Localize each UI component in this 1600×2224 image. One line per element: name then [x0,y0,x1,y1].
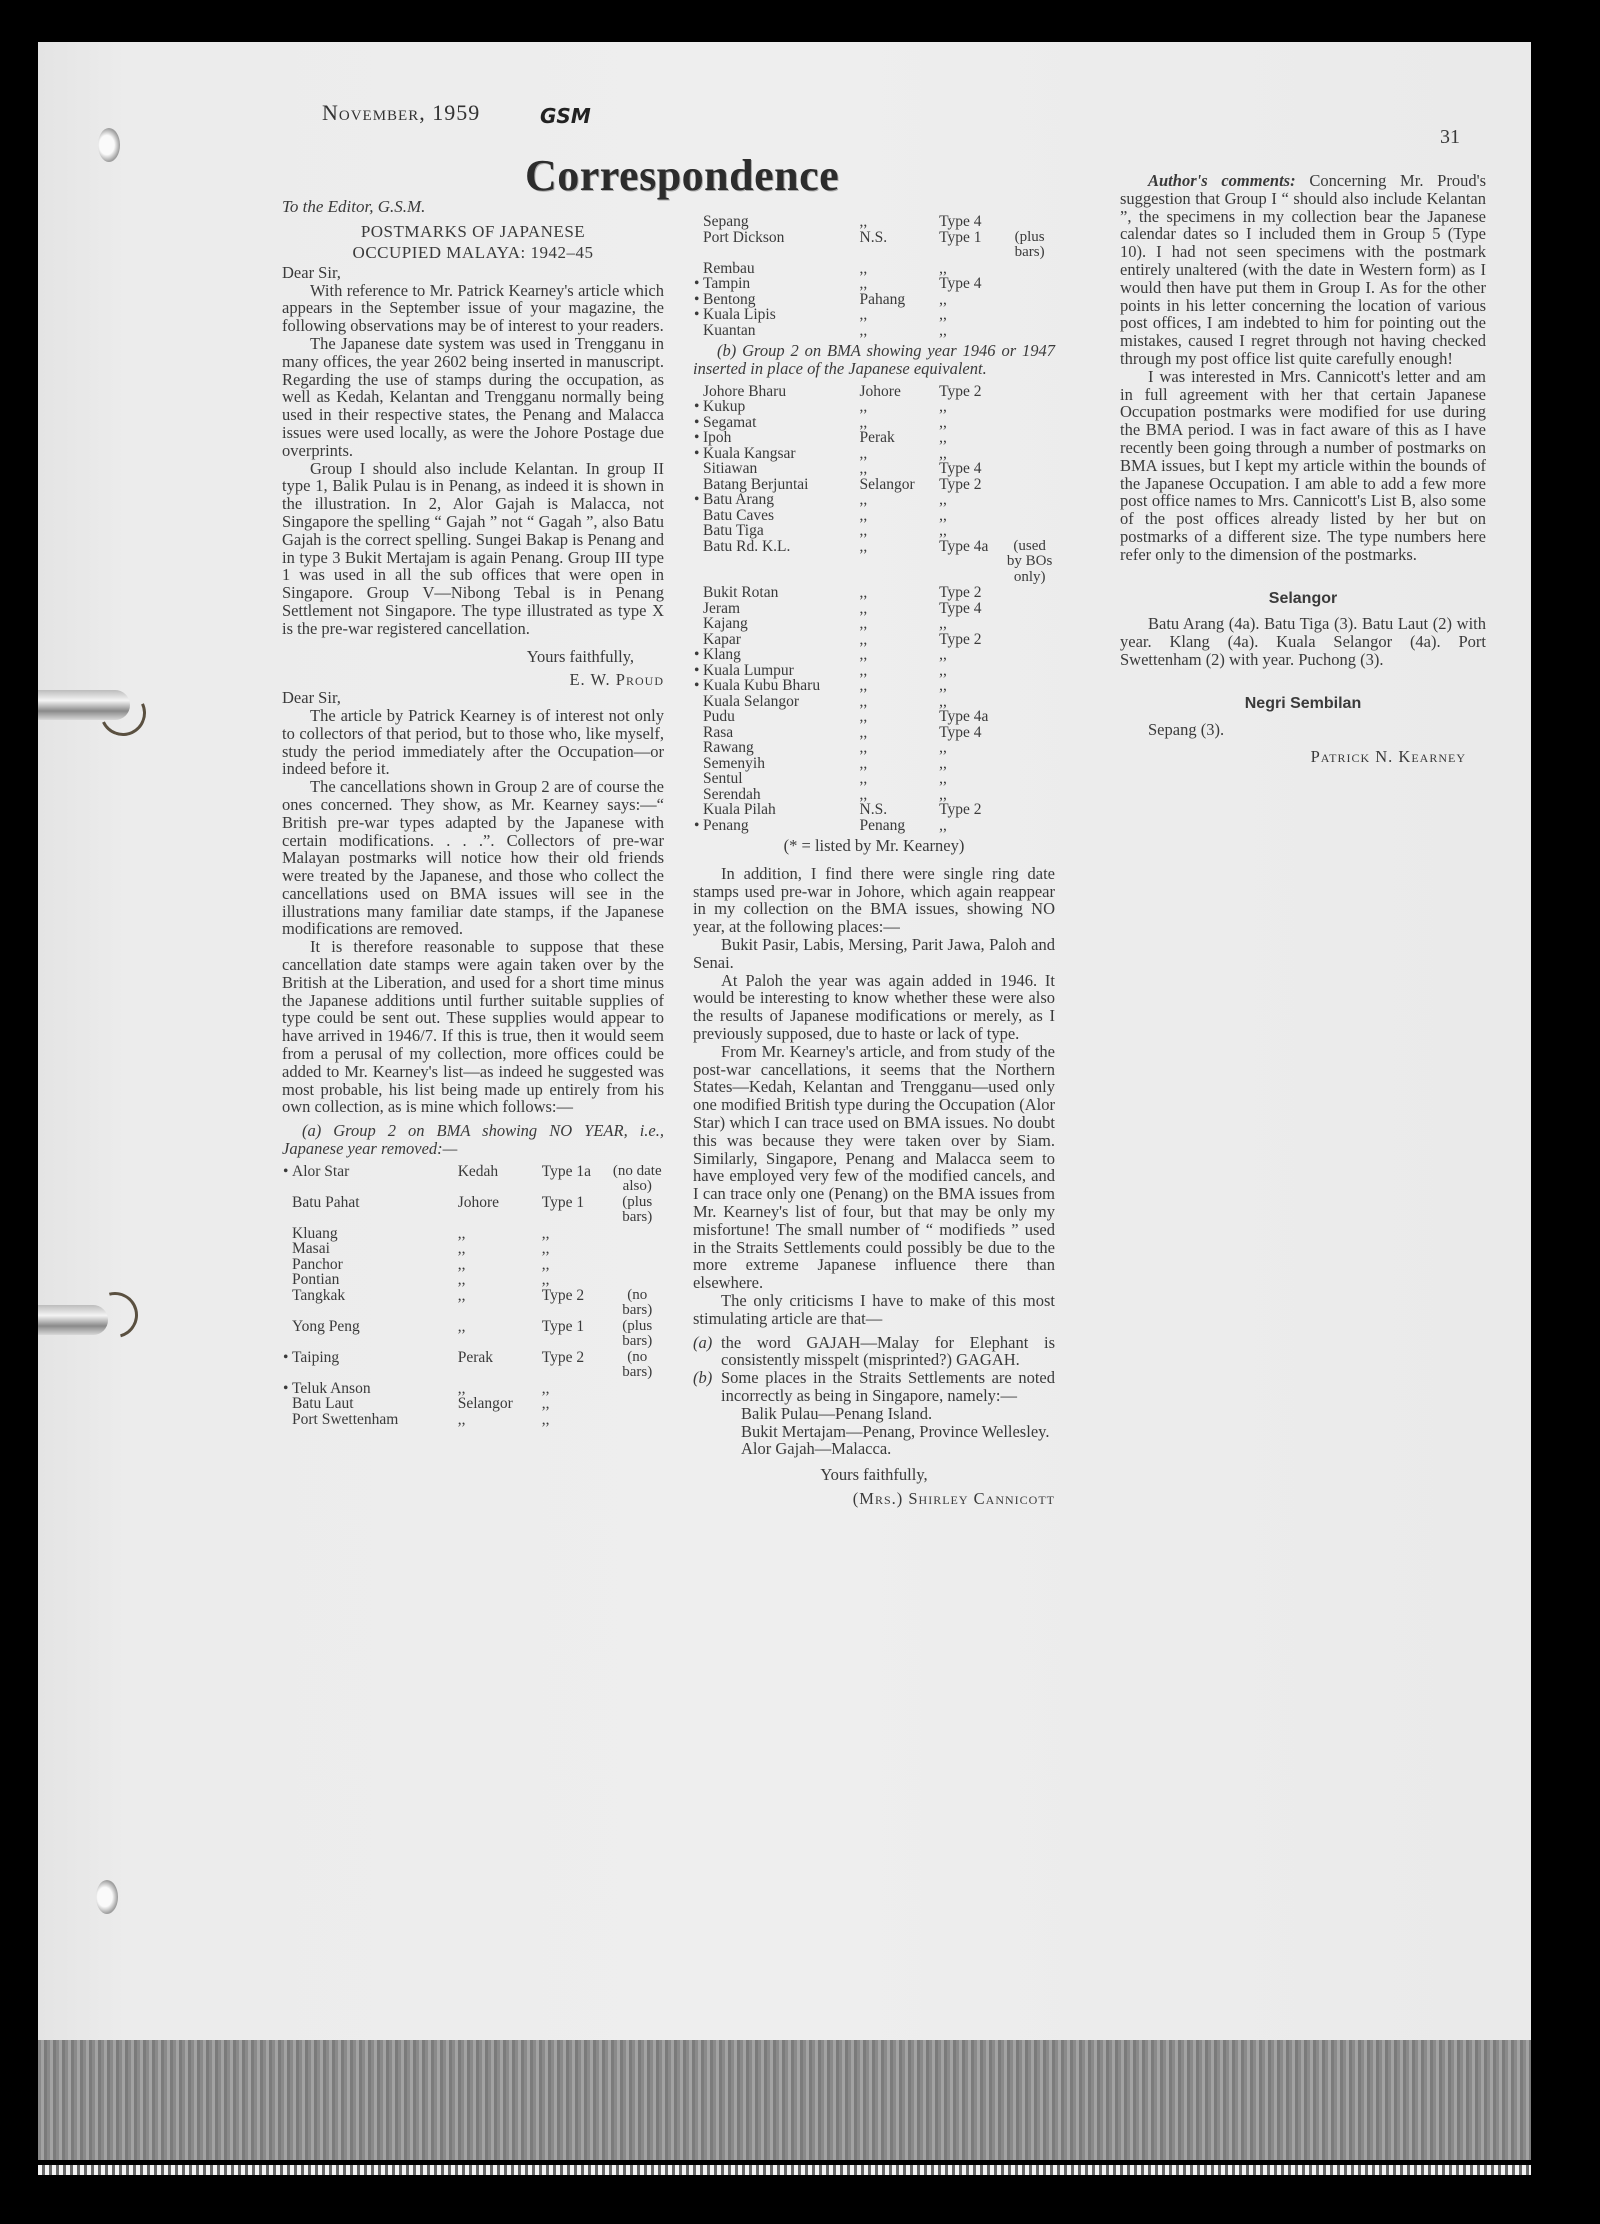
table-row: Port DicksonN.S.Type 1(plus bars) [693,230,1055,261]
asterisk-marker: • [694,399,703,415]
cell-note [1004,632,1055,648]
cell-note [1004,307,1055,323]
cell-note [1004,771,1055,787]
cell-note [611,1226,665,1242]
cell-note [1004,323,1055,339]
table-row: Jeram,,Type 4 [693,601,1055,617]
cell-type: ,, [939,492,1004,508]
table-row: •Klang,,,, [693,647,1055,663]
paragraph: Author's comments: Concerning Mr. Proud'… [1120,172,1486,368]
cell-note [1004,709,1055,725]
cell-note [1004,399,1055,415]
table-row: Batu LautSelangor,, [282,1396,664,1412]
addressee: To the Editor, G.S.M. [282,198,664,216]
cell-note [611,1396,665,1412]
cell-note [1004,415,1055,431]
paragraph: At Paloh the year was again added in 194… [693,972,1055,1043]
cell-type: ,, [939,678,1004,694]
cell-note [1004,725,1055,741]
cell-place: Rawang [693,740,860,756]
cell-note [1004,787,1055,803]
cell-state: Selangor [860,477,940,493]
section-text: Batu Arang (4a). Batu Tiga (3). Batu Lau… [1120,615,1486,668]
cell-state: ,, [860,508,940,524]
issue-date: November, 1959 [322,100,480,126]
paragraph: The Japanese date system was used in Tre… [282,335,664,460]
cell-type: Type 4a [939,539,1004,586]
cell-note: (plus bars) [611,1319,665,1350]
table-row: Kuantan,,,, [693,323,1055,339]
cell-type: Type 2 [939,477,1004,493]
letter2-signature: (Mrs.) Shirley Cannicott [693,1490,1055,1508]
table-row: •Alor StarKedahType 1a(no date also) [282,1164,664,1195]
cell-state: ,, [860,523,940,539]
correction-item: Alor Gajah—Malacca. [741,1440,1055,1458]
column-1: To the Editor, G.S.M. POSTMARKS OF JAPAN… [282,198,664,1427]
cell-place: •Batu Arang [693,492,860,508]
paragraph: The only criticisms I have to make of th… [693,1292,1055,1328]
table-row: Batu Tiga,,,, [693,523,1055,539]
column-2: Sepang,,Type 4Port DicksonN.S.Type 1(plu… [693,214,1055,1508]
punch-hole-bottom [96,1880,118,1914]
cell-state: Johore [458,1195,542,1226]
list-footnote: (* = listed by Mr. Kearney) [693,837,1055,855]
table-row: Batang BerjuntaiSelangorType 2 [693,477,1055,493]
cell-state: ,, [860,632,940,648]
page-stack [38,2040,1531,2160]
letter1-closing: Yours faithfully, [282,648,634,666]
table-row: Rembau,,,, [693,261,1055,277]
cell-place: Sepang [693,214,860,230]
cell-note [1004,508,1055,524]
cell-type: ,, [939,818,1004,834]
table-row: Tangkak,,Type 2(no bars) [282,1288,664,1319]
cell-state: ,, [458,1272,542,1288]
table-row: •Kuala Kangsar,,,, [693,446,1055,462]
cell-state: ,, [458,1257,542,1273]
letter1-subject-line1: POSTMARKS OF JAPANESE [282,222,664,241]
asterisk-marker: • [283,1350,292,1366]
cell-place: Tangkak [282,1288,458,1319]
page-number: 31 [1440,126,1460,149]
item-text: the word GAJAH—Malay for Elephant is con… [721,1334,1055,1370]
letter1-signature: E. W. Proud [282,671,664,689]
paragraph: Bukit Pasir, Labis, Mersing, Parit Jawa,… [693,936,1055,972]
table-row: Yong Peng,,Type 1(plus bars) [282,1319,664,1350]
cell-note [611,1412,665,1428]
cell-state: ,, [860,601,940,617]
cell-state: ,, [860,647,940,663]
cell-place: Batang Berjuntai [693,477,860,493]
cell-state: ,, [860,678,940,694]
asterisk-marker: • [694,430,703,446]
cell-type: ,, [939,446,1004,462]
section-text: Sepang (3). [1120,721,1486,739]
cell-type: ,, [542,1396,611,1412]
section-heading: Negri Sembilan [1120,695,1486,713]
cell-note [1004,694,1055,710]
table-row: •Kuala Lipis,,,, [693,307,1055,323]
cell-place: Jeram [693,601,860,617]
cell-place: Pontian [282,1272,458,1288]
asterisk-marker: • [694,292,703,308]
cell-state: ,, [860,461,940,477]
table-row: Pontian,,,, [282,1272,664,1288]
cell-type: ,, [542,1381,611,1397]
table-row: Sepang,,Type 4 [693,214,1055,230]
table-row: Rawang,,,, [693,740,1055,756]
letter2-body-continued: In addition, I find there were single ri… [693,865,1055,1328]
letter2-body: The article by Patrick Kearney is of int… [282,707,664,1116]
handwritten-note: GSM [540,104,591,128]
cell-type: ,, [542,1257,611,1273]
cell-state: ,, [458,1226,542,1242]
paragraph: In addition, I find there were single ri… [693,865,1055,936]
table-row: Bukit Rotan,,Type 2 [693,585,1055,601]
cell-state: ,, [860,261,940,277]
asterisk-marker: • [694,446,703,462]
cell-note: (plus bars) [1004,230,1055,261]
table-row: Kuala PilahN.S.Type 2 [693,802,1055,818]
criticisms-list: (a)the word GAJAH—Malay for Elephant is … [693,1334,1055,1405]
cell-type: Type 2 [939,632,1004,648]
asterisk-marker: • [283,1164,292,1180]
asterisk-marker: • [694,678,703,694]
list-a-table-continued: Sepang,,Type 4Port DicksonN.S.Type 1(plu… [693,214,1055,338]
table-row: •IpohPerak,, [693,430,1055,446]
letter2-closing: Yours faithfully, [693,1466,1055,1484]
cell-state: ,, [860,492,940,508]
paragraph: It is therefore reasonable to suppose th… [282,938,664,1116]
cell-note [1004,601,1055,617]
cell-place: •Kukup [693,399,860,415]
cell-type: Type 4 [939,601,1004,617]
cell-note [1004,292,1055,308]
cell-note [1004,616,1055,632]
table-row: Rasa,,Type 4 [693,725,1055,741]
cell-state: ,, [860,709,940,725]
cell-state: Perak [458,1350,542,1381]
cell-type: Type 1a [542,1164,611,1195]
cell-place: Rasa [693,725,860,741]
cell-note [1004,461,1055,477]
cell-note [1004,430,1055,446]
cell-type: ,, [939,508,1004,524]
table-row: Port Swettenham,,,, [282,1412,664,1428]
table-row: Sentul,,,, [693,771,1055,787]
cell-state: Selangor [458,1396,542,1412]
page-stack-bottom [38,2165,1531,2175]
cell-type: ,, [939,771,1004,787]
cell-note [1004,663,1055,679]
cell-place: •Bentong [693,292,860,308]
table-row: Sitiawan,,Type 4 [693,461,1055,477]
cell-state: Penang [860,818,940,834]
paragraph: With reference to Mr. Patrick Kearney's … [282,282,664,335]
cell-note [611,1241,665,1257]
author-reply-sections: SelangorBatu Arang (4a). Batu Tiga (3). … [1120,590,1486,739]
table-row: •TaipingPerakType 2(no bars) [282,1350,664,1381]
cell-place: •Kuala Kangsar [693,446,860,462]
cell-note [1004,740,1055,756]
cell-note: (plus bars) [611,1195,665,1226]
column-3: Author's comments: Concerning Mr. Proud'… [1120,172,1486,766]
cell-type: ,, [939,787,1004,803]
cell-place: •Penang [693,818,860,834]
cell-note [1004,492,1055,508]
cell-state: N.S. [860,802,940,818]
cell-place: Kluang [282,1226,458,1242]
cell-type: Type 2 [939,802,1004,818]
cell-place: Serendah [693,787,860,803]
section-heading: Selangor [1120,590,1486,608]
correction-item: Balik Pulau—Penang Island. [741,1405,1055,1423]
cell-state: ,, [860,740,940,756]
cell-type: ,, [939,307,1004,323]
asterisk-marker: • [694,663,703,679]
cell-note: (used by BOs only) [1004,539,1055,586]
letter1-subject-line2: OCCUPIED MALAYA: 1942–45 [282,243,664,262]
cell-place: Kuantan [693,323,860,339]
cell-type: Type 1 [939,230,1004,261]
table-row: •Kuala Kubu Bharu,,,, [693,678,1055,694]
cell-place: •Teluk Anson [282,1381,458,1397]
table-row: •BentongPahang,, [693,292,1055,308]
corrections-list: Balik Pulau—Penang Island.Bukit Mertajam… [693,1405,1055,1458]
table-row: Kapar,,Type 2 [693,632,1055,648]
cell-state: ,, [860,663,940,679]
asterisk-marker: • [694,492,703,508]
cell-state: ,, [458,1381,542,1397]
cell-place: Sitiawan [693,461,860,477]
cell-note [1004,214,1055,230]
cell-place: Port Swettenham [282,1412,458,1428]
paragraph: From Mr. Kearney's article, and from stu… [693,1043,1055,1292]
table-row: Panchor,,,, [282,1257,664,1273]
cell-place: •Tampin [693,276,860,292]
cell-place: Batu Laut [282,1396,458,1412]
cell-state: ,, [860,307,940,323]
list-b-table: Johore BharuJohoreType 2•Kukup,,,,•Segam… [693,384,1055,834]
cell-state: ,, [860,756,940,772]
cell-type: ,, [939,430,1004,446]
cell-note [1004,276,1055,292]
cell-type: Type 4 [939,725,1004,741]
cell-type: Type 1 [542,1195,611,1226]
cell-state: ,, [860,539,940,586]
cell-note: (no bars) [611,1288,665,1319]
author-comments-lead: Author's comments: [1148,171,1309,190]
cell-type: ,, [939,616,1004,632]
cell-state: ,, [458,1241,542,1257]
cell-state: ,, [458,1412,542,1428]
table-row: Serendah,,,, [693,787,1055,803]
cell-note [1004,678,1055,694]
asterisk-marker: • [694,818,703,834]
item-label: (b) [693,1369,721,1405]
cell-type: ,, [542,1272,611,1288]
list-b-heading: (b) Group 2 on BMA showing year 1946 or … [693,342,1055,378]
cell-note [1004,261,1055,277]
cell-note [1004,802,1055,818]
cell-state: ,, [860,585,940,601]
paragraph: The article by Patrick Kearney is of int… [282,707,664,778]
cell-note [1004,818,1055,834]
table-row: Batu PahatJohoreType 1(plus bars) [282,1195,664,1226]
table-row: Pudu,,Type 4a [693,709,1055,725]
cell-state: ,, [860,694,940,710]
cell-state: Johore [860,384,940,400]
cell-place: Yong Peng [282,1319,458,1350]
page-title: Correspondence [525,150,839,201]
cell-place: •Kuala Lipis [693,307,860,323]
cell-type: ,, [939,415,1004,431]
table-row: •Batu Arang,,,, [693,492,1055,508]
table-row: Batu Caves,,,, [693,508,1055,524]
cell-place: •Kuala Lumpur [693,663,860,679]
paragraph: Group I should also include Kelantan. In… [282,460,664,638]
cell-note [611,1257,665,1273]
letter1-body: With reference to Mr. Patrick Kearney's … [282,282,664,638]
cell-place: Kapar [693,632,860,648]
correction-item: Bukit Mertajam—Penang, Province Wellesle… [741,1423,1055,1441]
cell-note [611,1272,665,1288]
criticism-item: (b)Some places in the Straits Settlement… [693,1369,1055,1405]
letter2-salutation: Dear Sir, [282,689,664,707]
cell-place: Bukit Rotan [693,585,860,601]
cell-place: Kuala Pilah [693,802,860,818]
cell-note [1004,647,1055,663]
cell-place: •Alor Star [282,1164,458,1195]
asterisk-marker: • [694,415,703,431]
item-label: (a) [693,1334,721,1370]
asterisk-marker: • [694,307,703,323]
table-row: Kluang,,,, [282,1226,664,1242]
cell-type: ,, [939,663,1004,679]
cell-type: ,, [542,1226,611,1242]
cell-type: ,, [939,399,1004,415]
table-row: Kuala Selangor,,,, [693,694,1055,710]
cell-place: •Segamat [693,415,860,431]
table-row: •PenangPenang,, [693,818,1055,834]
criticism-item: (a)the word GAJAH—Malay for Elephant is … [693,1334,1055,1370]
asterisk-marker: • [283,1381,292,1397]
cell-place: Kuala Selangor [693,694,860,710]
list-a-table: •Alor StarKedahType 1a(no date also)Batu… [282,1164,664,1428]
item-text: Some places in the Straits Settlements a… [721,1369,1055,1405]
cell-type: Type 4 [939,214,1004,230]
author-reply-signature: Patrick N. Kearney [1120,748,1486,766]
cell-place: Batu Pahat [282,1195,458,1226]
table-row: •Tampin,,Type 4 [693,276,1055,292]
table-row: •Kuala Lumpur,,,, [693,663,1055,679]
cell-type: ,, [939,323,1004,339]
cell-type: ,, [542,1412,611,1428]
cell-type: Type 2 [542,1288,611,1319]
table-row: Masai,,,, [282,1241,664,1257]
cell-type: Type 1 [542,1319,611,1350]
paragraph: I was interested in Mrs. Cannicott's let… [1120,368,1486,564]
cell-state: ,, [860,323,940,339]
table-row: Batu Rd. K.L.,,Type 4a(used by BOs only) [693,539,1055,586]
cell-place: •Kuala Kubu Bharu [693,678,860,694]
cell-note: (no bars) [611,1350,665,1381]
cell-place: Batu Caves [693,508,860,524]
cell-type: ,, [939,756,1004,772]
cell-state: Kedah [458,1164,542,1195]
cell-note [1004,756,1055,772]
cell-place: Sentul [693,771,860,787]
cell-type: ,, [939,292,1004,308]
cell-place: •Klang [693,647,860,663]
paragraph: The cancellations shown in Group 2 are o… [282,778,664,938]
cell-state: ,, [458,1288,542,1319]
punch-hole-top [98,128,120,162]
cell-state: ,, [860,725,940,741]
cell-note [611,1381,665,1397]
cell-note [1004,585,1055,601]
cell-state: Pahang [860,292,940,308]
table-row: Johore BharuJohoreType 2 [693,384,1055,400]
author-reply-body: Author's comments: Concerning Mr. Proud'… [1120,172,1486,564]
cell-type: ,, [939,647,1004,663]
cell-state: ,, [458,1319,542,1350]
cell-place: Kajang [693,616,860,632]
cell-note [1004,384,1055,400]
cell-note: (no date also) [611,1164,665,1195]
cell-note [1004,477,1055,493]
cell-note [1004,446,1055,462]
cell-state: ,, [860,446,940,462]
cell-place: Semenyih [693,756,860,772]
cell-type: ,, [939,261,1004,277]
cell-place: Pudu [693,709,860,725]
cell-place: Rembau [693,261,860,277]
asterisk-marker: • [694,647,703,663]
cell-place: Port Dickson [693,230,860,261]
cell-type: Type 2 [939,384,1004,400]
table-row: Kajang,,,, [693,616,1055,632]
cell-state: ,, [860,399,940,415]
cell-type: Type 4 [939,461,1004,477]
table-row: •Kukup,,,, [693,399,1055,415]
cell-type: ,, [939,740,1004,756]
cell-state: ,, [860,616,940,632]
cell-state: ,, [860,276,940,292]
cell-place: •Taiping [282,1350,458,1381]
cell-type: ,, [542,1241,611,1257]
list-a-heading: (a) Group 2 on BMA showing NO YEAR, i.e.… [282,1122,664,1158]
cell-place: Batu Rd. K.L. [693,539,860,586]
cell-state: Perak [860,430,940,446]
cell-place: Johore Bharu [693,384,860,400]
cell-place: Masai [282,1241,458,1257]
cell-place: Panchor [282,1257,458,1273]
cell-type: ,, [939,694,1004,710]
asterisk-marker: • [694,276,703,292]
cell-note [1004,523,1055,539]
cell-type: Type 4a [939,709,1004,725]
cell-place: •Ipoh [693,430,860,446]
table-row: •Segamat,,,, [693,415,1055,431]
letter1-salutation: Dear Sir, [282,264,664,282]
cell-type: ,, [939,523,1004,539]
cell-state: ,, [860,415,940,431]
cell-state: ,, [860,771,940,787]
cell-type: Type 2 [542,1350,611,1381]
cell-state: ,, [860,214,940,230]
cell-place: Batu Tiga [693,523,860,539]
